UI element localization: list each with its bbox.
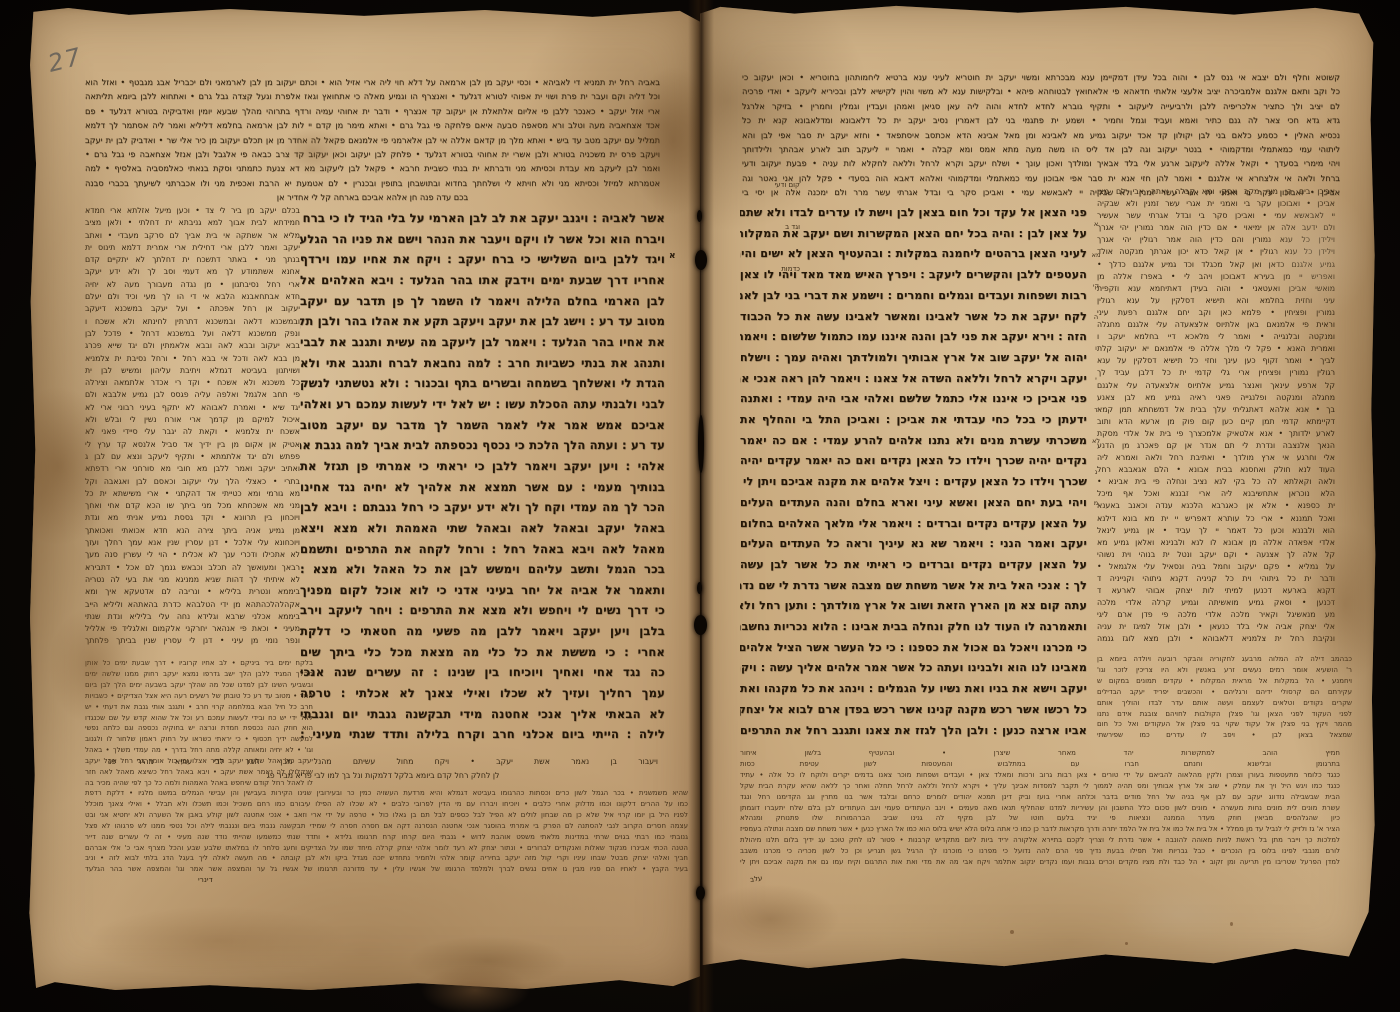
speck bbox=[1125, 942, 1128, 945]
text-line: עצמה חסרים הקרוב לנבי להסתנה לם הפרק בי … bbox=[85, 821, 688, 832]
text-line: ואכל תמננא • ארי כל עותרא דאפריש יי ית מ… bbox=[1097, 513, 1335, 525]
text-line: ליתוהי עמי כמאתמלי ומדקמוהי • בנטר יעקוב… bbox=[742, 142, 1340, 156]
sewing-hole bbox=[696, 886, 705, 900]
text-line: אחריו דרך שבעת ימים וידבק אתו בהר הגלעד … bbox=[300, 270, 665, 291]
text-line: יעקב ויקרא לרחל וללאה השדה אל צאנו : ויא… bbox=[740, 369, 1087, 390]
text-line: פי תחב אלגמל ואלפה עליה פגסס לבן גמיע אל… bbox=[85, 389, 300, 401]
text-line: הנאך אלנצבה ונדרת לי תם אנדר אן קם פאכרג… bbox=[1097, 440, 1335, 452]
text-line: חרב כל חיל הבא במלחמה קרוי חרב • ותגנב א… bbox=[85, 702, 313, 713]
text-line: כל משכנא ולא אשכח • וקד רי אכדר אלתמאה ו… bbox=[85, 377, 300, 389]
text-line: שמצאל בצאן לבן • ויפב לו עדרים כמו שפירש… bbox=[1097, 730, 1352, 741]
text-line: על הצאן עקדים נקדים וברדים : ויאמר אלי מ… bbox=[740, 514, 1087, 535]
text-line: כיון שהגלהסים מביאין חוזק מעדר הממנה ונצ… bbox=[740, 813, 1340, 824]
text-line: ויוכחונא עלי אלכל • דנן עסרין שנין אנא ע… bbox=[85, 537, 300, 549]
text-line: הוא ולבננא וכען כל דאמר יי לך עביד • אן … bbox=[1097, 525, 1335, 537]
text-line: כי מכרנו ויאכל גם אכול את כספנו : כי כל … bbox=[740, 638, 1087, 659]
text-line: הבית שבשבילה נזדווג יעקב עם לבן אף בניה … bbox=[740, 792, 1340, 803]
text-line: בכר הגמל ותשב עליהם וימשש לבן את כל האהל… bbox=[300, 559, 665, 580]
manuscript-page-right: קשוטא וחלף ולם יצבא אי גנס לבן • והוה בכ… bbox=[700, 4, 1376, 970]
text-line: כנגד כלומר מתעטפות בעורן וצמרן ולקין מהל… bbox=[740, 770, 1340, 781]
left-overflow-targum-lines: ויעבור בן נאמר אשת יעקב • ויקח מחול עשית… bbox=[108, 755, 658, 784]
text-line: לבן הארמי בחלם הלילה ויאמר לו השמר לך פן… bbox=[300, 291, 665, 312]
text-line: בלקח ימים ביר ביניקם • לב אחיו קרוביו • … bbox=[85, 658, 313, 669]
text-line: אביו ארצה כנען : ולבן הלך לגזז את צאנו ו… bbox=[740, 721, 1087, 742]
catchword: דינרי bbox=[198, 875, 213, 884]
text-line: אלדי אפאדה אללה מן אבונא לו לנא ולבנינא … bbox=[1097, 537, 1335, 549]
text-line: למדן הפרעל שטריבו מין תריעה ומן זקוב • ה… bbox=[740, 857, 1340, 868]
text-line: פפתש ולם יגד אלתמתא • ותקיף ליעקב ונצא ע… bbox=[85, 451, 300, 463]
text-line: וכל דליה וקם ועבר ית פרת ושוי ית אפוהי ל… bbox=[85, 89, 660, 103]
text-line: יעקב ואמר הנני : ויאמר שא נא עיניך וראה … bbox=[740, 534, 1087, 555]
text-line: אלהי : ויען יעקב ויאמר ללבן כי יראתי כי … bbox=[300, 456, 665, 477]
text-line: ידעתן כי בכל כחי עבדתי את אביכן : ואביכן… bbox=[740, 410, 1087, 431]
text-line: לביך • ואמר זקוף כען עינך וחזי כל תישיא … bbox=[1097, 355, 1335, 367]
text-line: עשרת מונים לית מונים נחות מעשרה • מונים … bbox=[740, 803, 1340, 814]
text-line: עקירתם הם קרסולי ידיהם ורגליהם • והכשבים… bbox=[1097, 687, 1352, 698]
text-line: ואפריש יי מן בעירא דאבוכון ויהב לי • באפ… bbox=[1097, 271, 1335, 283]
text-line: רבות ושפחות ועבדים וגמלים וחמרים : וישמע… bbox=[740, 286, 1087, 307]
text-line: אכד אצחאביה מעה וטלב ורא מסאפה סבעה איאם… bbox=[85, 118, 660, 132]
sewing-hole bbox=[695, 250, 707, 270]
text-line: הציר א' גז ולזיק לי לנביל עד מן ממלל • א… bbox=[740, 824, 1340, 835]
scribal-mark: עלב bbox=[750, 874, 763, 884]
text-line: ויהי בעת יחם הצאן ואשא עיני וארא בחלם וה… bbox=[740, 493, 1087, 514]
text-line: מאהל לאה ויבא באהל רחל : ורחל לקחה את הת… bbox=[300, 539, 665, 560]
text-line: פני אביכן כי איננו אלי כתמל שלשם ואלהי א… bbox=[740, 389, 1087, 410]
stain bbox=[700, 884, 840, 954]
text-line: כבהמב דילה לה המלוה מרבעג לחקוריה והבקר … bbox=[1097, 654, 1352, 665]
speck bbox=[1010, 930, 1014, 934]
text-line: גנובתי כמו רבתי בגוים שרתי במדינות מלאתי… bbox=[85, 832, 688, 843]
text-line: עד רע : ועתה הלך הלכת כי נכסף נכספתה לבי… bbox=[300, 435, 665, 456]
stain bbox=[88, 906, 348, 976]
text-line: אטיק אן אקום מן בין ידיך אד סביל אלנסא ק… bbox=[85, 439, 300, 451]
text-line: על הצאן עקדים נקדים וברדים כי ראיתי את כ… bbox=[740, 555, 1087, 576]
text-line: לילה : הייתי ביום אכלני חרב וקרח בלילה ו… bbox=[300, 724, 665, 745]
text-line: לם יציב ולך כתציר אלכריפיה ללבן ולרביעיי… bbox=[742, 99, 1340, 113]
text-line: ונפק ממשכנא דלאה ועל במשכנא דרחל • פדכל … bbox=[85, 328, 300, 340]
text-line: קל אלה לך אצנעה • וקם יעקב ונטל ית בנוהי… bbox=[1097, 549, 1335, 561]
right-top-targum-block: קשוטא וחלף ולם יצבא אי גנס לבן • והוה בכ… bbox=[742, 70, 1340, 200]
text-line: כה נגד אחי ואחיך ויוכיחו בין שנינו : זה … bbox=[300, 662, 665, 683]
text-line: על צאן לבן : והיה בכל יחם הצאן המקשרות ו… bbox=[740, 224, 1087, 245]
text-line: מהמר ויקץ בני פצלן אל עקוד שקוי בני פצלן… bbox=[1097, 719, 1352, 730]
text-line: אטמרתא למיזל וכסיתא מני ולא חויתא לי ושל… bbox=[85, 176, 660, 190]
text-line: יגד שיא • ואמרת לאבוהא לא יתקף בעיני רבו… bbox=[85, 402, 300, 414]
text-line: כל וקב ותאם אלגנם אלמביכרה יציב אלעצי אל… bbox=[742, 84, 1340, 98]
text-line: מע מנאשיגל וקאיר מלכה אלדי מלכה פי פדן א… bbox=[1097, 609, 1335, 621]
text-line: על גמליא • פקם יעקוב וחמל בניה ונסאיל על… bbox=[1097, 561, 1335, 573]
left-main-bible-block: אשר לאביה : ויגנב יעקב את לב לבן הארמי ע… bbox=[300, 208, 665, 746]
text-line: ולם ידעב אלה אן ימיאוי • אם כדין הוה אמר… bbox=[1097, 222, 1335, 234]
text-line: מן גמיע אניה ביתך צירה הנא חדא אכואתי וא… bbox=[85, 525, 300, 537]
text-line: לך : אנכי האל בית אל אשר משחת שם מצבה אש… bbox=[740, 576, 1087, 597]
text-line: מאבינו לנו הוא ולבנינו ועתה כל אשר אמר א… bbox=[740, 658, 1087, 679]
text-line: כל רכשו אשר רכש מקנה קנינו אשר רכש בפדן … bbox=[740, 700, 1087, 721]
right-bottom-commentary-block: חמיץ הוהב למתקשרות יהד מאחר שיצרן • ובהע… bbox=[740, 748, 1340, 872]
sewing-hole bbox=[694, 615, 707, 635]
text-line: אחנא אשתמודע לך מא דעמי וסב לך ולא ידע י… bbox=[85, 266, 300, 278]
folio-number-pencil: 27 bbox=[45, 42, 85, 78]
text-line: הלא נוכראן אתחשיבנא ליה ארי זבננא ואכל א… bbox=[1097, 488, 1335, 500]
text-line: לפניו היל בן יומו קרוי איל שלא כן מה שבח… bbox=[85, 810, 688, 821]
sewing-hole bbox=[697, 582, 702, 594]
text-line: יעקוב אן רחל אפכתה • ועל יעקב במשכנא דיע… bbox=[85, 303, 300, 315]
text-line: לפני העקוד לפני הצאן וגו' פצלן הקולבות ל… bbox=[1097, 709, 1352, 720]
text-line: ר' הושעיא אומר רמים נעשים זרע באנשין ולא… bbox=[1097, 665, 1352, 676]
text-line: מטוב עד רע : וישג לבן את יעקב ויעקב תקע … bbox=[300, 311, 665, 332]
text-line: לבני ולבנתי עתה הסכלת עשו : יש לאל ידי ל… bbox=[300, 394, 665, 415]
left-margin-targum-column: בכלם יעקב מן ביר לי צד • וכען מיעל אזלתא… bbox=[85, 205, 300, 649]
text-line: אחד • מטוב עד רע כל טובתן של רשעים רעה ה… bbox=[85, 691, 313, 702]
text-line: בכם עדה פנה חן אלהא אביכם בארחה קל לי אח… bbox=[85, 190, 660, 204]
text-line: למעשה ידיך תכסוף • כי יראתי כשראו על רחו… bbox=[85, 734, 313, 745]
text-line: דקנא בארעא דכנען למיתי לות יצחק אבוהי לא… bbox=[1097, 585, 1335, 597]
text-line: ותאמר אל אביה אל יחר בעיני אדני כי לוא א… bbox=[300, 580, 665, 601]
text-line: קשוטא וחלף ולם יצבא אי גנס לבן • והוה בכ… bbox=[742, 70, 1340, 84]
left-top-targum-block: באביה רחל ית תמניא די לאביהא • וכסי יעקב… bbox=[85, 75, 660, 206]
text-line: בתרי • כאצלי הלך עלי יעקוב וכאסם לבן ואג… bbox=[85, 476, 300, 488]
text-line: קום ודעי bbox=[748, 164, 800, 206]
text-line: מהלך המגיד ללבן הלך ישב גדרפו נמצא יעקב … bbox=[85, 669, 313, 680]
stain bbox=[1120, 884, 1240, 944]
text-line: עיני וחזית בחלמא והא תישיא דסלקין על ענא… bbox=[1097, 295, 1335, 307]
text-line: אלי וחרגע אי ארץ מולדך • ואתיבת רחל ולאה… bbox=[1097, 452, 1335, 464]
text-line: אביכן בים הן מצי מקב אסק ומא קבלה ואתה א… bbox=[1097, 186, 1335, 198]
text-line: וראית פי אלמנאם באן אלתיוס אלצאעדה עלי א… bbox=[1097, 319, 1335, 331]
text-line: משכרתי עשרת מנים ולא נתנו אלהים להרע עמד… bbox=[740, 431, 1087, 452]
text-line: בכלם יעקב מן ביר לי צד • וכען מיעל אזלתא… bbox=[85, 205, 300, 217]
text-line: חמיץ הוהב למתקשרות יהד מאחר שיצרן • ובהע… bbox=[740, 748, 1340, 759]
text-line: לורם מנבבי לפינו בלוס בין הנכרים • כבל ג… bbox=[740, 846, 1340, 857]
text-line: יעקב ואמר ללבן ארי דחילית ארי אמרית דלמא… bbox=[85, 242, 300, 254]
text-line: ובמשכנא דלאה ובמשכנא דתרתין לחינתא ולא א… bbox=[85, 316, 300, 328]
text-line: יעקב וישא את בניו ואת נשיו על הגמלים : ו… bbox=[740, 679, 1087, 700]
text-line: לעיני הצאן ברהטים ליחמנה במקלות : ובהעטי… bbox=[740, 244, 1087, 265]
text-line: ויוכחון בין תרוונא • וקד גססת גמיע אניתי… bbox=[85, 512, 300, 524]
text-line: קל ארפע עינאך ואנצר גמיע אלתיוס אלצאעדה … bbox=[1097, 380, 1335, 392]
text-line: לא הבאתי אליך אנכי אחטנה מידי תבקשנה גנב… bbox=[300, 704, 665, 725]
text-line: בעיר הקבץ • לאחיו הם פניו מבין גו אחים נ… bbox=[85, 864, 688, 875]
text-line: ויעקב פרס ית משכניה בטורא ולבן אשרי ית א… bbox=[85, 147, 660, 161]
text-line: הוא חוזק הנה נכספת חמדת ונרצה יש בחוקיה … bbox=[85, 723, 313, 734]
text-line: ונפר נומי מן עיני • דנן לי עסרין שנין בב… bbox=[85, 635, 300, 647]
text-line: כמו על ההרים דלקונו וכמו מדלוק אחרי כלבי… bbox=[85, 799, 688, 810]
text-line: אלי יצחק אביה אלי בלד כנעאן • ולבן אזל ל… bbox=[1097, 621, 1335, 633]
text-line: ולאה וקאלתא לה כל בקי לנא נציב ונחלה פי … bbox=[1097, 476, 1335, 488]
stain bbox=[408, 936, 568, 986]
text-line: מואשי אביכן ואעטאני • והוה בעידן דאתיחמא… bbox=[1097, 283, 1335, 295]
text-line: ואמרית האנא • פקל לי מלך אללה פי אלמנאם … bbox=[1097, 343, 1335, 355]
text-line: הגדת לי ואשלחך בשמחה ובשרים בתף ובכנור :… bbox=[300, 373, 665, 394]
text-line: מני מא אשכחתא מכל מני ביתך שו הכא קדם אח… bbox=[85, 500, 300, 512]
text-line: לקח יעקב את כל אשר לאבינו ומאשר לאבינו ע… bbox=[740, 307, 1087, 328]
text-line: ונקיבת רחל ית צלמניא דלאבוהא • ולבן מצא … bbox=[1097, 633, 1335, 645]
text-line: לארע ילדותך • אנא אלטאיק אלמכצרך פי בית … bbox=[1097, 428, 1335, 440]
text-line: מעיני • וכאת פי אנהאר יחרקני אלקמום ואלג… bbox=[85, 623, 300, 635]
text-line: ויגד ללבן ביום השלישי כי ברח יעקב : ויקח… bbox=[300, 249, 665, 270]
text-line: דכנען • וסאק גמיע מואשיתה וגמיע קרלה אלד… bbox=[1097, 597, 1335, 609]
text-line: נכסיא האלין • כסמע כלאם בני לבן יקולון ק… bbox=[742, 128, 1340, 142]
text-line: ארי רחל נסיבתנון • מן נגדה מעבורך מעה לא… bbox=[85, 279, 300, 291]
text-line: תמליל עם יעקב מטב עד ביש • ואתא מלך מן ק… bbox=[85, 133, 660, 147]
text-line: נקדים יהיה שכרך וילדו כל הצאן נקדים ואם … bbox=[740, 451, 1087, 472]
text-line: ברחל ולאה אי אלצחרא אי אלגנם • ואמר להן … bbox=[742, 171, 1340, 185]
text-line: רגולין נמורין ופציחין ארי גלי קדמי ית כל… bbox=[1097, 367, 1335, 379]
text-line: עתה קום צא מן הארץ הזאת ושוב אל ארץ מולד… bbox=[740, 596, 1087, 617]
text-line: ושויתנון בעביטא דגמלא ויתיבת עליהון ומשי… bbox=[85, 365, 300, 377]
text-line: שהיא משמשנית • בכר הגמל לשון כרים וכסתות… bbox=[85, 788, 688, 799]
text-line: הטנה הכתי אבינרו מנקוד שאלות ואנקודים לב… bbox=[85, 843, 688, 854]
text-line: ואתיב יעקב ואמר ללבן מא חובי מא סורחני א… bbox=[85, 463, 300, 475]
text-line: כי דרך נשים לי ויחפש ולא מצא את התרפים :… bbox=[300, 600, 665, 621]
text-line: ואמר לבן ליעקב מא עבדת וכסיתא מני ודברתא… bbox=[85, 161, 660, 175]
text-line: דקיימתא קדמי תמן קיים כען קום פוק מן ארע… bbox=[1097, 416, 1335, 428]
text-line: ארי אזל יעקב • כאנכר ללבן פי אליום אלתאל… bbox=[85, 104, 660, 118]
text-line: לא איתיתי לך דהות שגיא ממניגא מני את בעי… bbox=[85, 574, 300, 586]
text-line: ויברח הוא וכל אשר לו ויקם ויעבר את הנהר … bbox=[300, 229, 665, 250]
text-line: הכר לך מה עמדי וקח לך ולא ידע יעקב כי רח… bbox=[300, 497, 665, 518]
text-line: אביכן • ואבוכון עקר בי ואמני ית אגרי עשר… bbox=[1097, 198, 1335, 210]
text-line: באביה רחל ית תמניא די לאביהא • וכסי יעקב… bbox=[85, 75, 660, 89]
speck bbox=[1230, 922, 1233, 926]
text-line: העטפים ללבן והקשרים ליעקב : ויפרץ האיש מ… bbox=[740, 265, 1087, 286]
text-line: יהוה אל יעקב שוב אל ארץ אבותיך ולמולדתך … bbox=[740, 348, 1087, 369]
text-line: בלבן ויען יעקב ויאמר ללבן מה פשעי מה חטא… bbox=[300, 621, 665, 642]
text-line: חדא אבתחאבנא הלבא אי די הו לך מעי וכיד ו… bbox=[85, 291, 300, 303]
text-line: ודבר ית כל גיתוהי וית כל קניניה דקנא גית… bbox=[1097, 573, 1335, 585]
right-margin-targum-column: אביכן בים הן מצי מקב אסק ומא קבלה ואתה א… bbox=[1097, 186, 1335, 646]
text-line: בנותיך מעמי : עם אשר תמצא את אלהיך לא יח… bbox=[300, 477, 665, 498]
text-line: מא גורמי ומא כטייתי אד דהקתני • ארי משיש… bbox=[85, 488, 300, 500]
text-line: ותנהג את בנתי כשביות חרב : למה נחבאת לבר… bbox=[300, 353, 665, 374]
text-line: אשר לאביה : ויגנב יעקב את לב לבן הארמי ע… bbox=[300, 208, 665, 229]
text-line: בבא יעקוב ובבא לאה ובבא אלאמתין ולם יגד … bbox=[85, 340, 300, 352]
text-line: חמידתא לבית אבוך למא גניבתא ית דחלתי • ו… bbox=[85, 217, 300, 229]
text-line: לא אתכילו ודכרי ענך לא אכלית • הוי לי עש… bbox=[85, 549, 300, 561]
text-line: נמורין ופציחין • פלמא כאן וקב יחם אלגנם … bbox=[1097, 307, 1335, 319]
text-line: למלכות כך וייבר מתן בל ראשת לניות מאוהה … bbox=[740, 835, 1340, 846]
text-line: ויעבור בן נאמר אשת יעקב • ויקח מחול עשית… bbox=[108, 755, 658, 769]
text-line: אקהלהלכהתהא מן ידי הטלבהא כדרת בהאתהא ול… bbox=[85, 599, 300, 611]
text-line: שקרים נקודים וטלאים לעצמם ועשה אותם עדר … bbox=[1097, 698, 1352, 709]
text-line: יי לאבאשא עמי • ואביכן סקר בי ובדל אגרתי… bbox=[1097, 210, 1335, 222]
text-line: לאל ידי יש כח ובידי לעשות עמכם רע וכל אל… bbox=[85, 713, 313, 724]
text-line: העוד לנא חולק ואחסנא בבית אבונא • הלם אג… bbox=[1097, 464, 1335, 476]
text-line: ביממא ונטרית בליליא • ונריבה לם אדטעקא א… bbox=[85, 586, 300, 598]
text-line: אחרי : כי מששת את כל כלי מה מצאת מכל כלי… bbox=[300, 642, 665, 663]
text-line: ובשביעי השיגו לבן למדנו שכל מה שהלך יעקב… bbox=[85, 680, 313, 691]
text-line: ויחמנע • הל במקלות אל מראית המקלות • עקד… bbox=[1097, 676, 1352, 687]
text-line: באהל יעקב ובאהל לאה ובאהל שתי האמהת ולא … bbox=[300, 518, 665, 539]
right-main-bible-block: פני הצאן אל עקד וכל חום בצאן לבן וישת לו… bbox=[740, 203, 1087, 742]
text-line: גדא גדא חכי צאר לה גנם כתיר ואמא ועביד ו… bbox=[742, 113, 1340, 127]
text-line: איכול למיקם מן קדמך ארי אורח נשין לי ובל… bbox=[85, 414, 300, 426]
binding-gutter bbox=[688, 0, 714, 1012]
text-line: הזה : וירא יעקב את פני לבן והנה איננו עמ… bbox=[740, 327, 1087, 348]
text-line: גמיע אלגנם כדאן ואן קאל מכגלד וכד גמיע א… bbox=[1097, 259, 1335, 271]
text-line: אשכח ית צלמניא • וקאת לה יגבר עלי סיידי … bbox=[85, 426, 300, 438]
sewing-hole bbox=[698, 415, 704, 473]
marginal-letter: א bbox=[669, 251, 676, 261]
right-margin-commentary-column: כבהמב דילה לה המלוה מרבעג לחקוריה והבקר … bbox=[1097, 654, 1352, 742]
text-line: לן לחלק רחל קדם ביומא בלקל דלמקות ונל בך… bbox=[108, 769, 658, 783]
text-line: בתרגומן ובלישנא וחנתם חברו עם במתלבוש וה… bbox=[740, 759, 1340, 770]
text-line: מליא אר אשתקה אי בית אביך לם סרקב מעבדי … bbox=[85, 230, 300, 242]
text-line: רבאך ומעואשך לה תכלב וכבאש גנמך לם אכל •… bbox=[85, 562, 300, 574]
text-line: כנגד כמו ויגש היל ויך את עמלק • שוב אל א… bbox=[740, 781, 1340, 792]
text-line: וילידן כל ענא רגולין • אן קאל כדא יכון א… bbox=[1097, 246, 1335, 258]
text-line: אביכם אמש אמר אלי לאמר השמר לך מדבר עם י… bbox=[300, 415, 665, 436]
text-line: וילידן כל ענא נמורין והם כדין הוה אמר רג… bbox=[1097, 234, 1335, 246]
text-line: ותאמרנה לו העוד לנו חלק ונחלה בבית אבינו… bbox=[740, 617, 1087, 638]
text-line: ביממא אכלני שרבא וגלידא נחה עלי בליליא ו… bbox=[85, 611, 300, 623]
text-line: מחגלה ומנקטה ופלנגייה פאני ראיה גמיע מא … bbox=[1097, 392, 1335, 404]
text-line: בנתך מני • באתר דתשכח ית דחלתך לא יתקיים… bbox=[85, 254, 300, 266]
text-line: מן בבא לאה ודכל אי בבא רחל • ורחל נסיבת … bbox=[85, 353, 300, 365]
sewing-hole bbox=[697, 210, 702, 222]
text-line: פני הצאן אל עקד וכל חום בצאן לבן וישת לו… bbox=[740, 203, 1087, 224]
photo-backdrop: 27 באביה רחל ית תמניא די לאביהא • וכסי י… bbox=[0, 0, 1400, 1012]
manuscript-page-left: 27 באביה רחל ית תמניא די לאביהא • וכסי י… bbox=[28, 6, 700, 992]
text-line: את אחיו בהר הגלעד : ויאמר לבן ליעקב מה ע… bbox=[300, 332, 665, 353]
text-line: בך • אנא אלהא דאתגליתי עלך בבית אל דמשחת… bbox=[1097, 404, 1335, 416]
text-line: שכרך וילדו כל הצאן עקדים : ויצל אלהים את… bbox=[740, 472, 1087, 493]
text-line: ויהי מימרי בסעדך • וקאל אללה ליעקוב ארגע… bbox=[742, 156, 1340, 170]
left-bottom-commentary-block: שהיא משמשנית • בכר הגמל לשון כרים וכסתות… bbox=[85, 788, 688, 877]
text-line: עמך רחליך ועזיך לא שכלו ואילי צאנך לא אכ… bbox=[300, 683, 665, 704]
text-line: ית כספנא • אלא אן כאגרבא הלכנא ענדה וכאנ… bbox=[1097, 500, 1335, 512]
text-line: ומנקטה ובלנגייה • ואמר לי מלאכא דיי בחלמ… bbox=[1097, 331, 1335, 343]
text-line: חביך ואלהי יצחק מבטל שבחו עיניו וקרי קול… bbox=[85, 853, 688, 864]
